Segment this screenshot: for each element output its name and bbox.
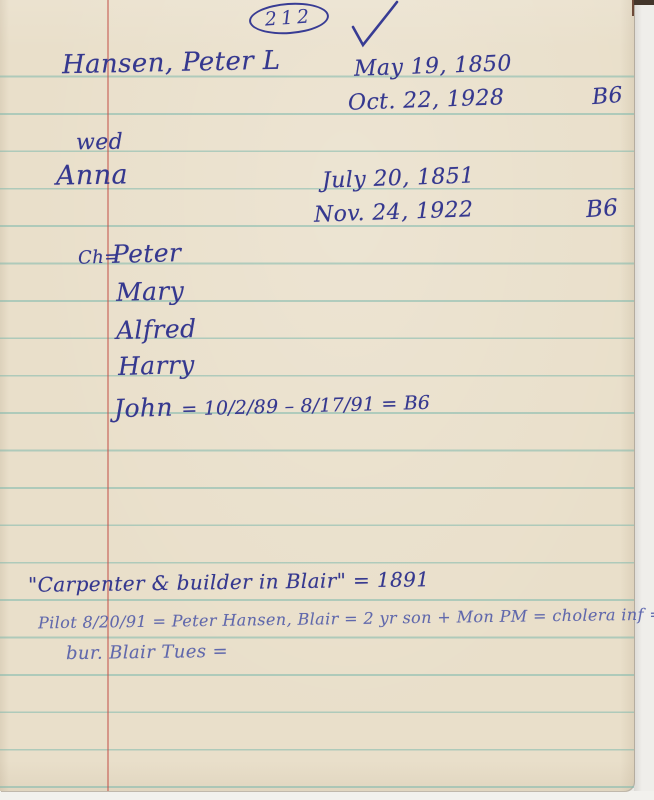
wife-birth-date: July 20, 1851 (322, 163, 475, 193)
husband-name: Hansen, Peter L (62, 46, 281, 81)
checkmark-icon (344, 0, 402, 52)
child-name: John (114, 393, 174, 424)
husband-burial-block: B6 (591, 83, 624, 110)
wife-burial-block: B6 (585, 195, 619, 223)
scan-edge-artifact (632, 0, 634, 16)
child-name: Harry (118, 350, 195, 381)
child-name: Mary (116, 276, 185, 307)
page-number-circled: 212 (248, 0, 330, 37)
notebook-page: 212 Hansen, Peter L May 19, 1850 Oct. 22… (0, 0, 634, 791)
scanner-background-bottom (0, 791, 654, 800)
scanned-document: 212 Hansen, Peter L May 19, 1850 Oct. 22… (0, 0, 654, 800)
child-name: Peter (112, 238, 182, 269)
child-name: Alfred (116, 314, 197, 345)
scan-edge-artifact (633, 0, 654, 5)
scanner-background-right (634, 0, 654, 800)
burial-note: bur. Blair Tues = (66, 641, 228, 664)
wed-label: wed (76, 130, 124, 156)
page-number: 212 (264, 5, 314, 32)
red-margin-line (107, 0, 109, 791)
wife-name: Anna (56, 159, 129, 191)
